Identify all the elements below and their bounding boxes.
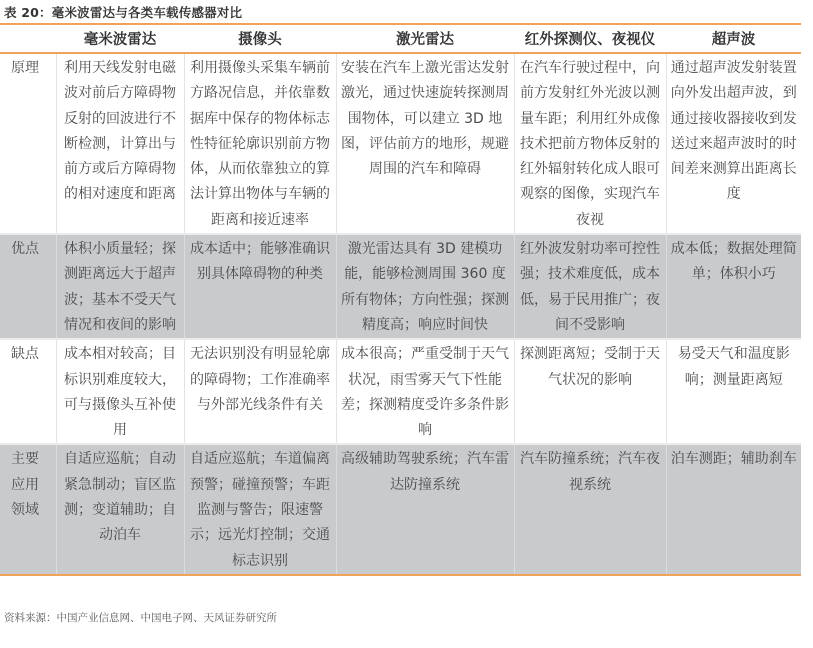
header-camera: 摄像头	[184, 24, 336, 53]
table-cell: 高级辅助驾驶系统；汽车雷达防撞系统	[336, 444, 514, 574]
table-cell: 探测距离短；受制于天气状况的影响	[514, 339, 666, 444]
row-label: 缺点	[0, 339, 56, 444]
header-ultrasonic: 超声波	[666, 24, 801, 53]
table-cell: 易受天气和温度影响；测量距离短	[666, 339, 801, 444]
header-row: 毫米波雷达 摄像头 激光雷达 红外探测仪、夜视仪 超声波	[0, 24, 801, 53]
header-lidar: 激光雷达	[336, 24, 514, 53]
sensor-comparison-table: 毫米波雷达 摄像头 激光雷达 红外探测仪、夜视仪 超声波 原理 利用天线发射电磁…	[0, 23, 801, 576]
row-label: 主要应用领域	[0, 444, 56, 574]
header-infrared: 红外探测仪、夜视仪	[514, 24, 666, 53]
table-cell: 激光雷达具有 3D 建模功能，能够检测周围 360 度所有物体；方向性强；探测精…	[336, 234, 514, 339]
table-cell: 无法识别没有明显轮廓的障碍物；工作准确率与外部光线条件有关	[184, 339, 336, 444]
header-mmwave-radar: 毫米波雷达	[56, 24, 184, 53]
table-cell: 自适应巡航；车道偏离预警；碰撞预警；车距监测与警告；限速警示；远光灯控制；交通标…	[184, 444, 336, 574]
table-cell: 红外波发射功率可控性强；技术难度低，成本低，易于民用推广；夜间不受影响	[514, 234, 666, 339]
table-cell: 通过超声波发射装置向外发出超声波，到通过接收器接收到发送过来超声波时的时间差来测…	[666, 53, 801, 234]
row-label: 原理	[0, 53, 56, 234]
table-cell: 利用天线发射电磁波对前后方障碍物反射的回波进行不断检测，计算出与前方或后方障碍物…	[56, 53, 184, 234]
table-cell: 成本很高；严重受制于天气状况，雨雪雾天气下性能差；探测精度受许多条件影响	[336, 339, 514, 444]
table-cell: 安装在汽车上激光雷达发射激光，通过快速旋转探测周围物体，可以建立 3D 地图，评…	[336, 53, 514, 234]
source-note: 资料来源：中国产业信息网、中国电子网、天风证券研究所	[4, 610, 277, 625]
header-empty	[0, 24, 56, 53]
table-cell: 体积小质量轻；探测距离远大于超声波；基本不受天气情况和夜间的影响	[56, 234, 184, 339]
row-label: 优点	[0, 234, 56, 339]
table-row-applications: 主要应用领域 自适应巡航；自动紧急制动；盲区监测；变道辅助；自动泊车 自适应巡航…	[0, 444, 801, 574]
table-cell: 在汽车行驶过程中，向前方发射红外光波以测量车距；利用红外成像技术把前方物体反射的…	[514, 53, 666, 234]
table-row-disadvantages: 缺点 成本相对较高；目标识别难度较大，可与摄像头互补使用 无法识别没有明显轮廓的…	[0, 339, 801, 444]
table-cell: 成本低；数据处理简单；体积小巧	[666, 234, 801, 339]
table-caption: 表 20：毫米波雷达与各类车载传感器对比	[4, 3, 242, 21]
table-cell: 泊车测距；辅助刹车	[666, 444, 801, 574]
table-cell: 成本相对较高；目标识别难度较大，可与摄像头互补使用	[56, 339, 184, 444]
table-cell: 利用摄像头采集车辆前方路况信息，并依靠数据库中保存的物体标志性特征轮廓识别前方物…	[184, 53, 336, 234]
table-cell: 汽车防撞系统；汽车夜视系统	[514, 444, 666, 574]
table-cell: 成本适中；能够准确识别具体障碍物的种类	[184, 234, 336, 339]
table-row-advantages: 优点 体积小质量轻；探测距离远大于超声波；基本不受天气情况和夜间的影响 成本适中…	[0, 234, 801, 339]
table-row-principle: 原理 利用天线发射电磁波对前后方障碍物反射的回波进行不断检测，计算出与前方或后方…	[0, 53, 801, 234]
table-cell: 自适应巡航；自动紧急制动；盲区监测；变道辅助；自动泊车	[56, 444, 184, 574]
